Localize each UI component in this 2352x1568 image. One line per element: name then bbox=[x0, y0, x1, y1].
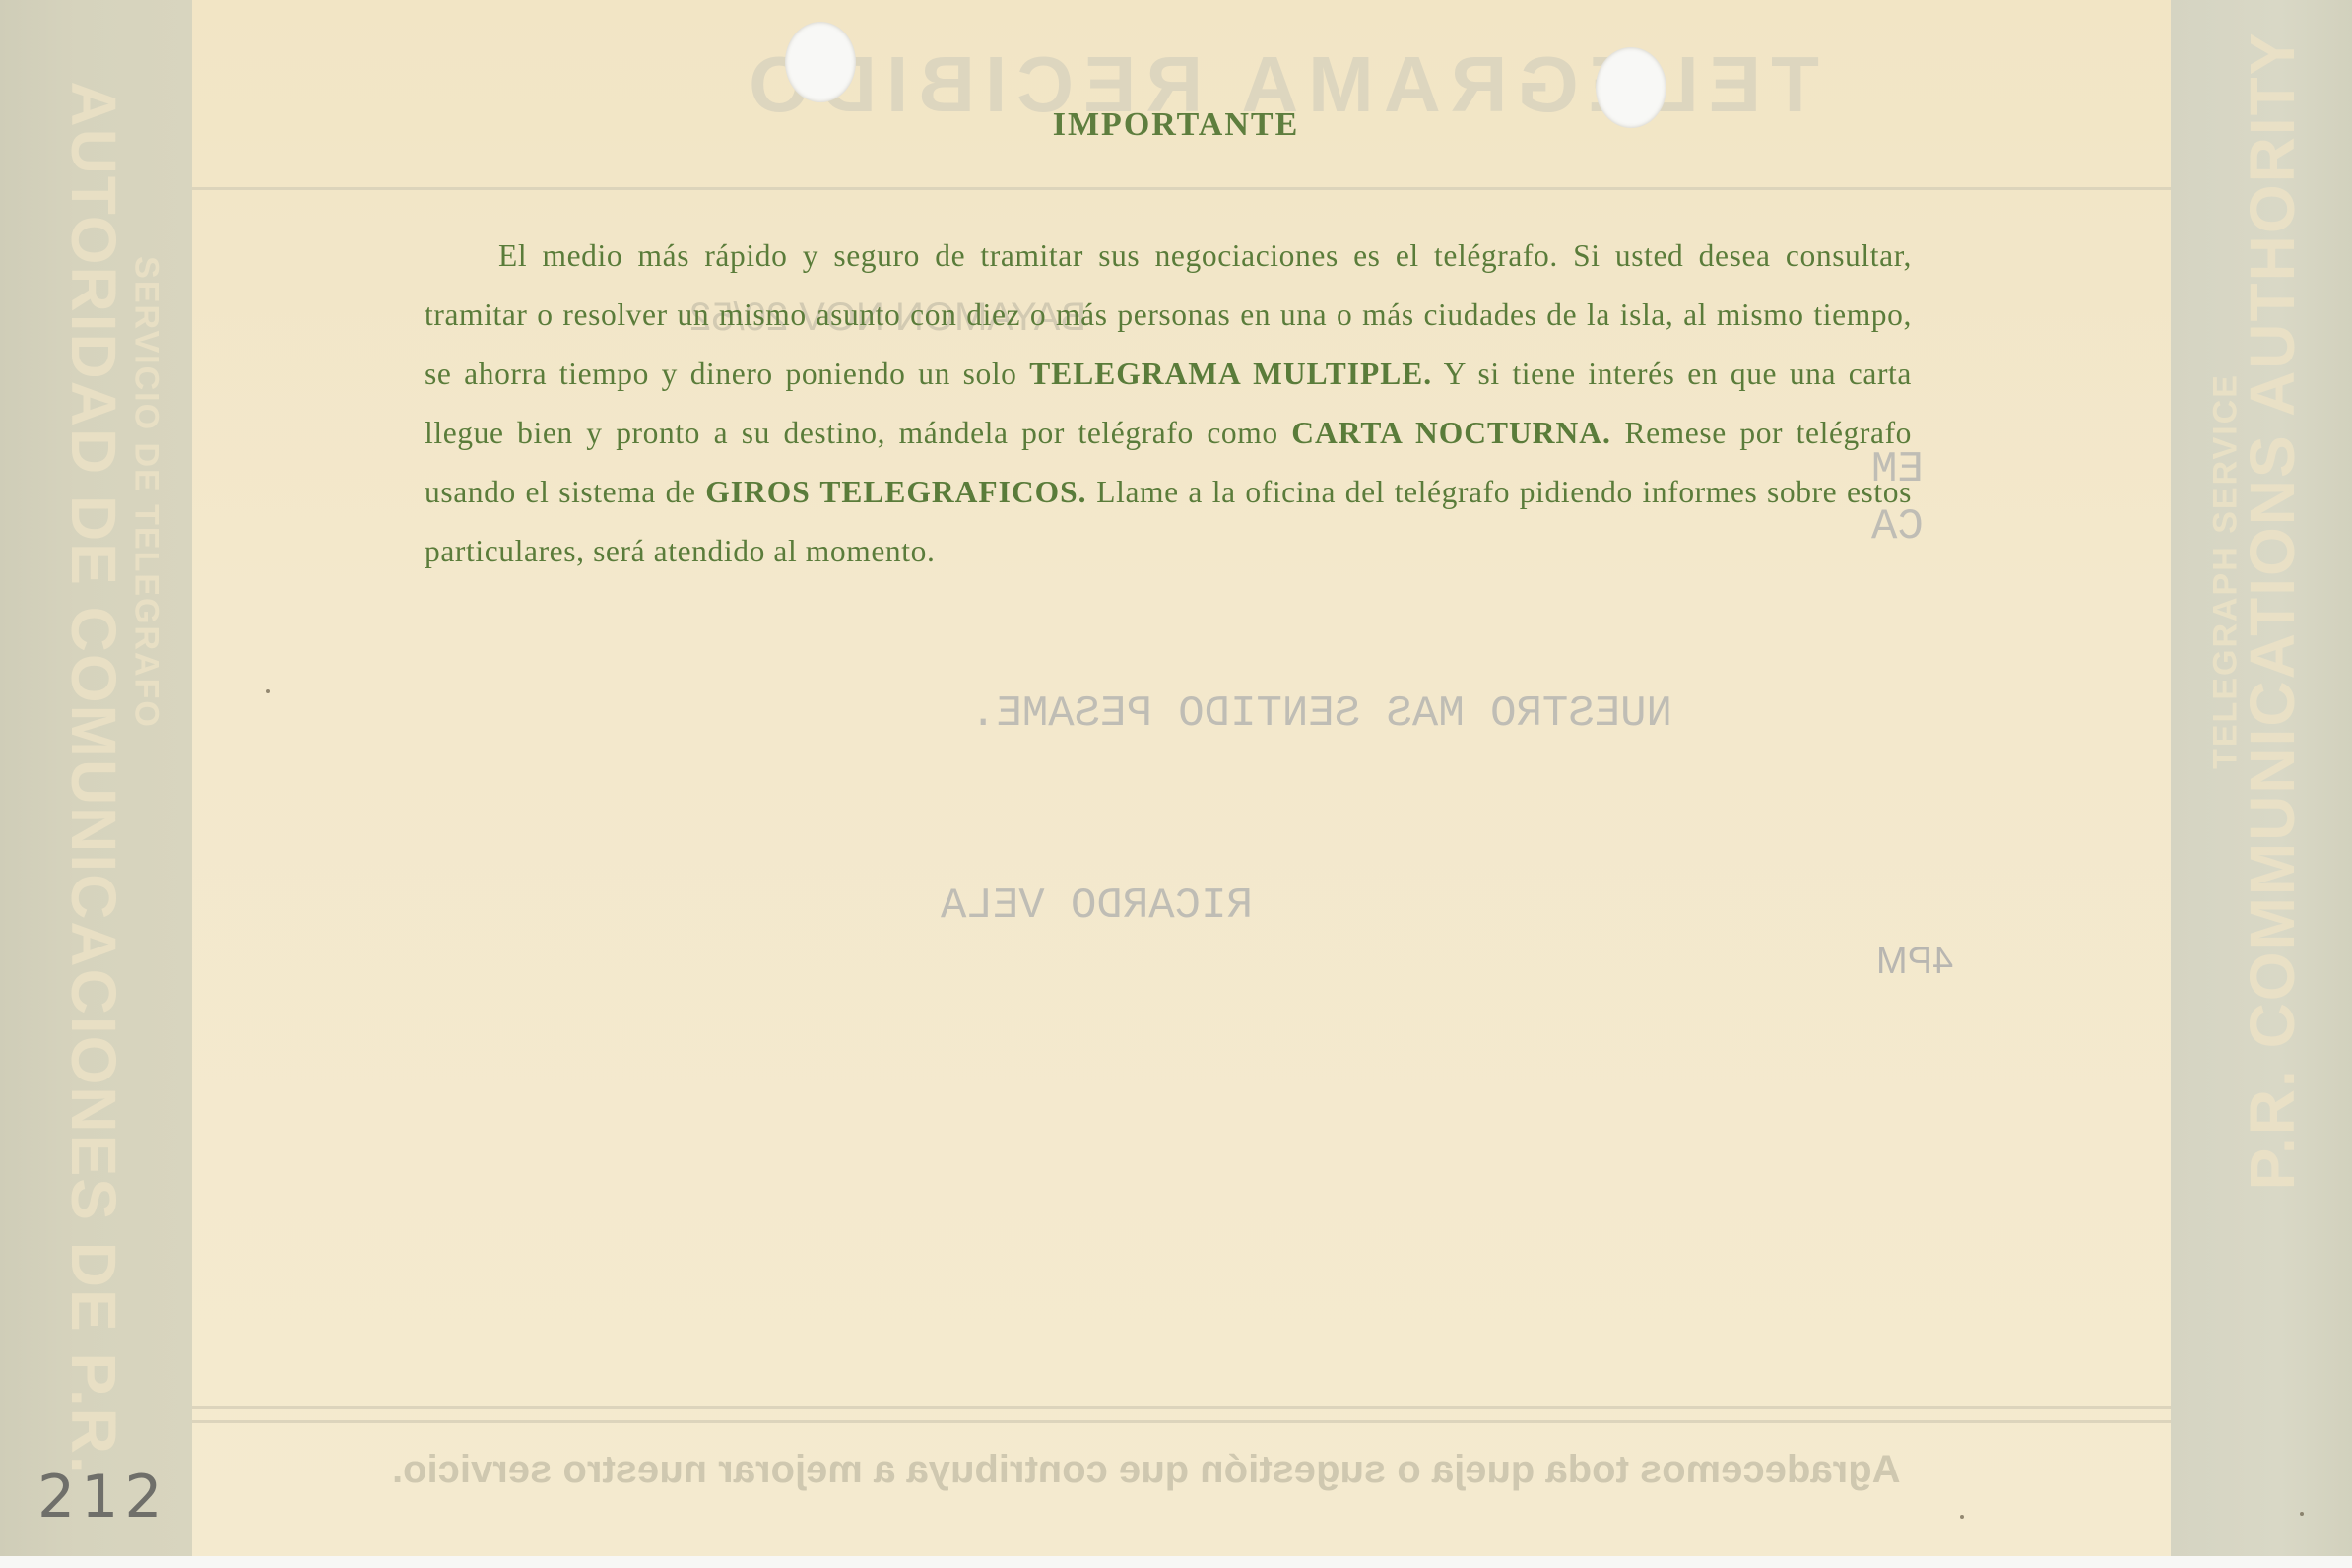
paragraph-emphasis-telegrama-multiple: TELEGRAMA MULTIPLE. bbox=[1029, 357, 1432, 391]
heading-importante: IMPORTANTE bbox=[0, 106, 2352, 144]
top-rule-line bbox=[192, 187, 2171, 190]
paper-speck bbox=[1960, 1515, 1964, 1519]
bottom-rule-line-1 bbox=[192, 1406, 2171, 1409]
right-margin-strip: P.R. COMMUNICATIONS AUTHORITY TELEGRAPH … bbox=[2171, 0, 2352, 1556]
bleed-through-footer: Agradecemos toda queja o sugestión que c… bbox=[392, 1448, 1901, 1492]
right-strip-main-text: P.R. COMMUNICATIONS AUTHORITY bbox=[2236, 32, 2309, 1191]
bleed-through-time: 4PM bbox=[1876, 941, 1953, 983]
paper-speck bbox=[266, 689, 270, 693]
right-strip-sub-text: TELEGRAPH SERVICE bbox=[2207, 373, 2246, 769]
bleed-through-message: NUESTRO MAS SENTIDO PESAME. bbox=[970, 689, 1672, 739]
left-strip-main-text: AUTORIDAD DE COMUNICACIONES DE P.R. bbox=[57, 81, 130, 1474]
punch-hole-left bbox=[785, 22, 856, 102]
paragraph-emphasis-carta-nocturna: CARTA NOCTURNA. bbox=[1291, 416, 1611, 450]
scan-bottom-edge bbox=[0, 1556, 2352, 1568]
bleed-through-signature: RICARDO VELA bbox=[941, 882, 1253, 931]
paragraph-emphasis-giros-telegraficos: GIROS TELEGRAFICOS. bbox=[705, 475, 1086, 509]
left-strip-sub-text: SERVICIO DE TELEGRAFO bbox=[127, 256, 165, 729]
left-margin-strip: AUTORIDAD DE COMUNICACIONES DE P.R. SERV… bbox=[0, 0, 192, 1556]
notice-paragraph: El medio más rápido y seguro de tramitar… bbox=[425, 227, 1912, 581]
handwritten-page-number: 212 bbox=[37, 1463, 168, 1532]
document-page: AUTORIDAD DE COMUNICACIONES DE P.R. SERV… bbox=[0, 0, 2352, 1556]
bottom-rule-line-2 bbox=[192, 1420, 2171, 1423]
paper-speck bbox=[2300, 1512, 2304, 1516]
